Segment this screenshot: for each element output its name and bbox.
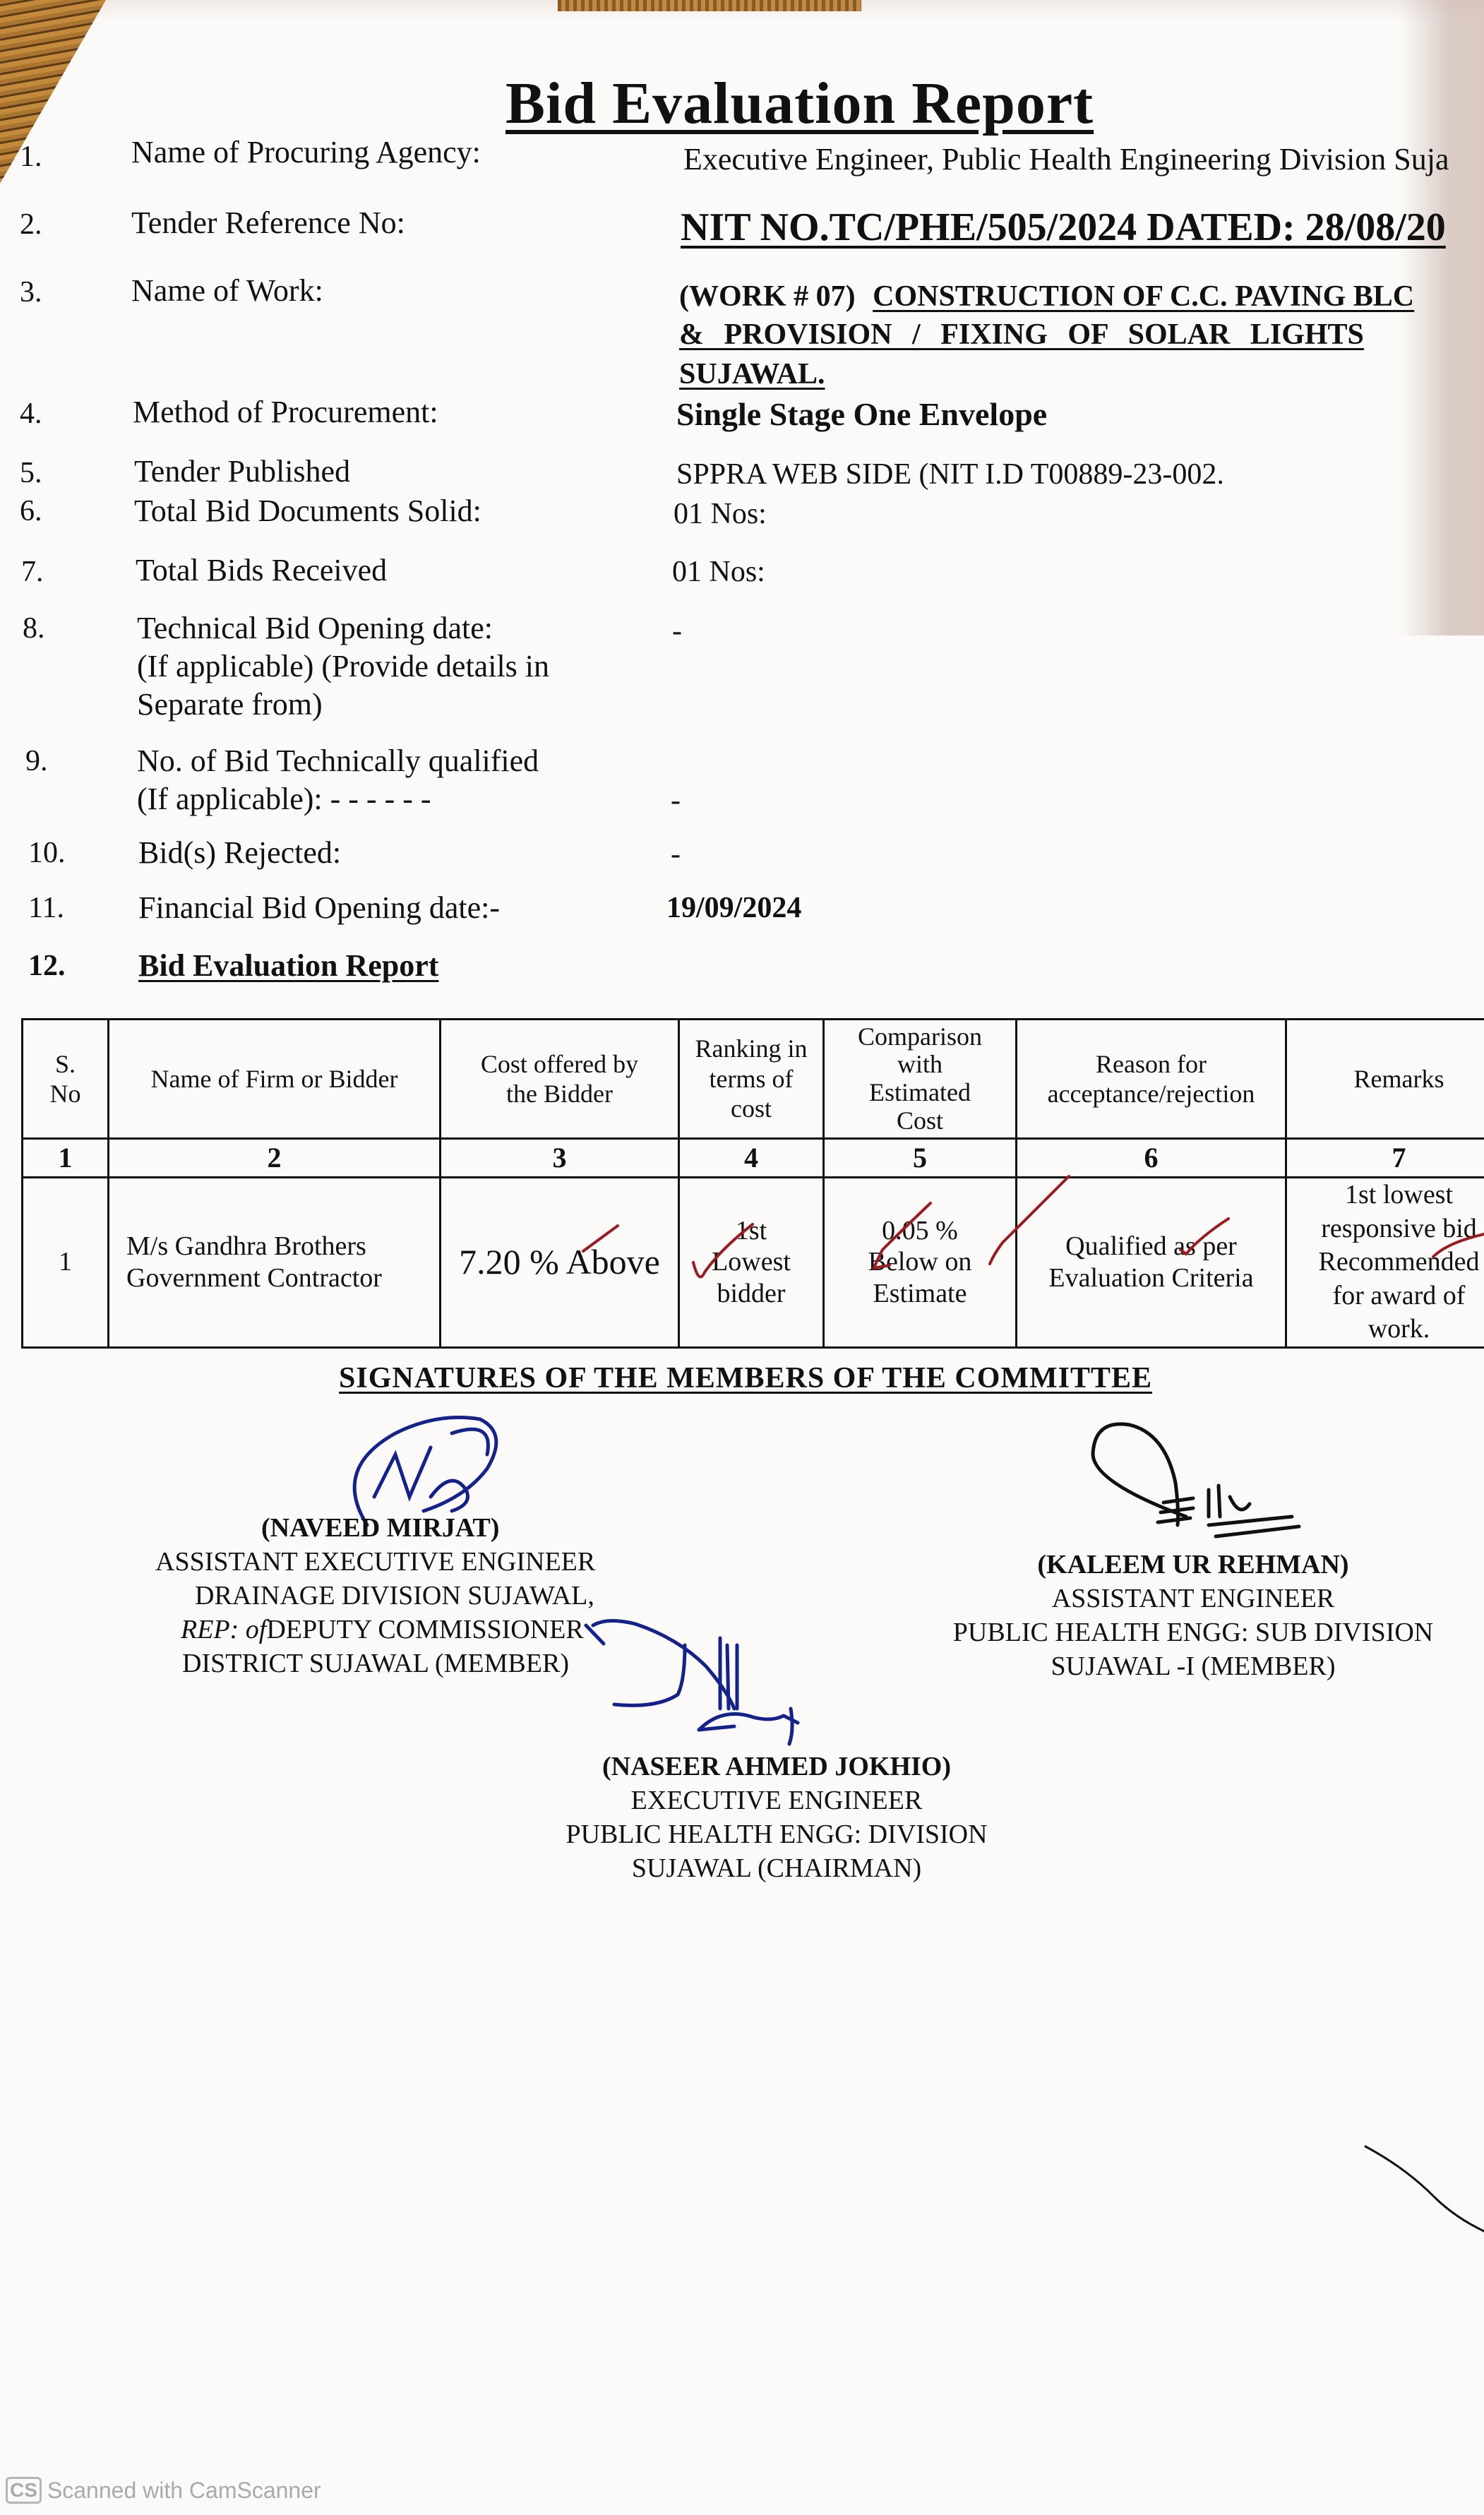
member-naveed: (NAVEED MIRJAT) ASSISTANT EXECUTIVE ENGI…	[155, 1511, 621, 1680]
member-name: (NASEER AHMED JOKHIO)	[522, 1750, 1031, 1784]
camscanner-watermark: CS Scanned with CamScanner	[6, 2477, 321, 2504]
member-name: (NAVEED MIRJAT)	[155, 1511, 621, 1545]
member-name: (KALEEM UR REHMAN)	[918, 1548, 1468, 1582]
stray-pen-stroke	[0, 0, 1484, 2515]
member-naseer-chairman: (NASEER AHMED JOKHIO) EXECUTIVE ENGINEER…	[522, 1750, 1031, 1885]
member-kaleem: (KALEEM UR REHMAN) ASSISTANT ENGINEER PU…	[918, 1548, 1468, 1683]
watermark-text: Scanned with CamScanner	[47, 2478, 321, 2504]
camscanner-logo-icon: CS	[6, 2477, 42, 2504]
